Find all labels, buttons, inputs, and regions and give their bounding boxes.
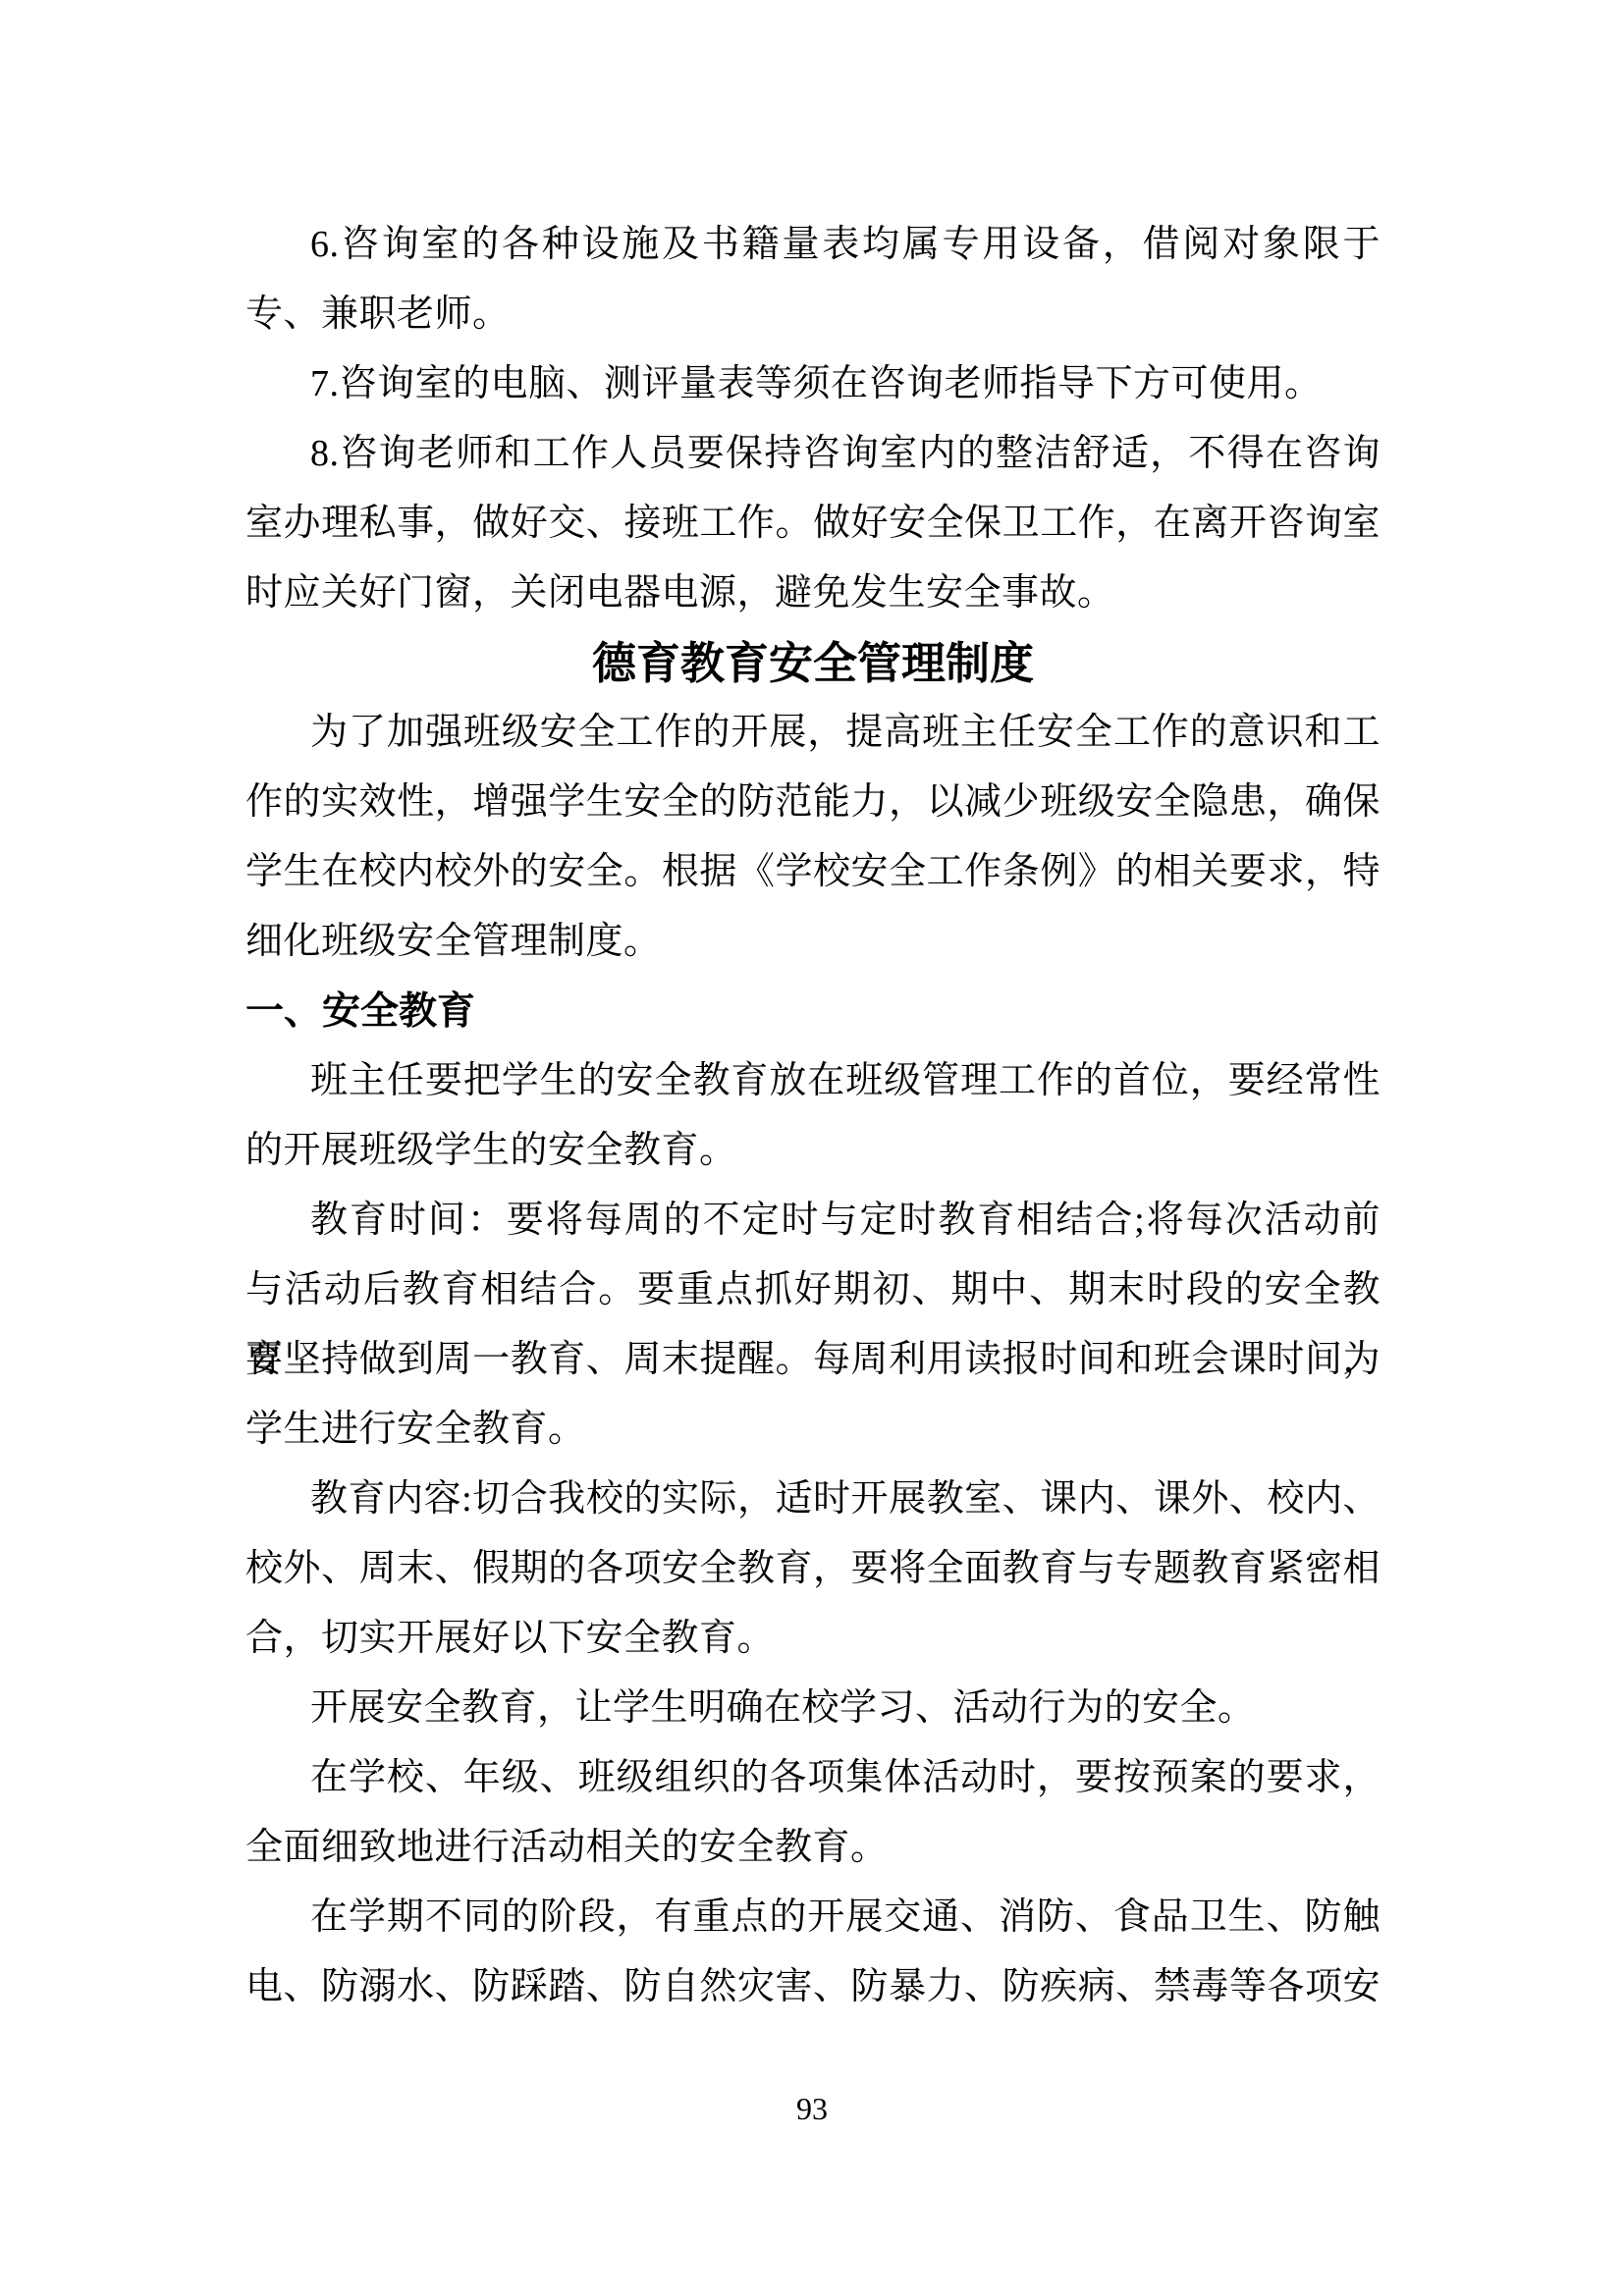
text-line: 学生进行安全教育。 [245, 1395, 1380, 1465]
text-line: 细化班级安全管理制度。 [245, 907, 1380, 977]
paragraph-safety-education-lead: 班主任要把学生的安全教育放在班级管理工作的首位，要经常性的开展班级学生的安全教育… [245, 1046, 1380, 1186]
text-line: 开展安全教育，让学生明确在校学习、活动行为的安全。 [245, 1674, 1380, 1743]
text-line: 电、防溺水、防踩踏、防自然灾害、防暴力、防疾病、禁毒等各项安 [245, 1952, 1380, 2022]
paragraph-collective-activities: 在学校、年级、班级组织的各项集体活动时，要按预案的要求，全面细致地进行活动相关的… [245, 1743, 1380, 1883]
text-line: 要坚持做到周一教育、周末提醒。每周利用读报时间和班会课时间为 [245, 1325, 1380, 1395]
paragraph-intro-paragraph: 为了加强班级安全工作的开展，提高班主任安全工作的意识和工作的实效性，增强学生安全… [245, 698, 1380, 977]
text-line: 室办理私事，做好交、接班工作。做好安全保卫工作，在离开咨询室 [245, 489, 1380, 559]
paragraph-rule-item-7: 7.咨询室的电脑、测评量表等须在咨询老师指导下方可使用。 [245, 349, 1380, 419]
text-line: 校外、周末、假期的各项安全教育，要将全面教育与专题教育紧密相 [245, 1534, 1380, 1604]
paragraph-education-time: 教育时间：要将每周的不定时与定时教育相结合;将每次活动前与活动后教育相结合。要重… [245, 1186, 1380, 1465]
paragraph-rule-item-8: 8.咨询老师和工作人员要保持咨询室内的整洁舒适，不得在咨询室办理私事，做好交、接… [245, 419, 1380, 628]
text-line: 6.咨询室的各种设施及书籍量表均属专用设备，借阅对象限于 [245, 210, 1380, 280]
paragraph-rule-item-6: 6.咨询室的各种设施及书籍量表均属专用设备，借阅对象限于专、兼职老师。 [245, 210, 1380, 349]
page-number: 93 [0, 2087, 1624, 2130]
text-line: 教育内容:切合我校的实际，适时开展教室、课内、课外、校内、 [245, 1465, 1380, 1534]
text-line: 与活动后教育相结合。要重点抓好期初、期中、期末时段的安全教育， [245, 1255, 1380, 1325]
subsection-title: 一、安全教育 [245, 977, 1380, 1046]
text-line: 合，切实开展好以下安全教育。 [245, 1604, 1380, 1674]
section-title: 德育教育安全管理制度 [245, 628, 1380, 698]
text-line: 作的实效性，增强学生安全的防范能力，以减少班级安全隐患，确保 [245, 768, 1380, 837]
document-page: 6.咨询室的各种设施及书籍量表均属专用设备，借阅对象限于专、兼职老师。7.咨询室… [0, 0, 1624, 2296]
text-line: 在学校、年级、班级组织的各项集体活动时，要按预案的要求， [245, 1743, 1380, 1813]
text-line: 教育时间：要将每周的不定时与定时教育相结合;将每次活动前 [245, 1186, 1380, 1255]
text-line: 在学期不同的阶段，有重点的开展交通、消防、食品卫生、防触 [245, 1883, 1380, 1952]
text-line: 专、兼职老师。 [245, 280, 1380, 349]
text-line: 班主任要把学生的安全教育放在班级管理工作的首位，要经常性 [245, 1046, 1380, 1116]
text-line: 为了加强班级安全工作的开展，提高班主任安全工作的意识和工 [245, 698, 1380, 768]
text-line: 时应关好门窗，关闭电器电源，避免发生安全事故。 [245, 559, 1380, 628]
paragraph-education-content: 教育内容:切合我校的实际，适时开展教室、课内、课外、校内、校外、周末、假期的各项… [245, 1465, 1380, 1674]
text-line: 全面细致地进行活动相关的安全教育。 [245, 1813, 1380, 1883]
document-body: 6.咨询室的各种设施及书籍量表均属专用设备，借阅对象限于专、兼职老师。7.咨询室… [245, 210, 1380, 2022]
paragraph-semester-stages: 在学期不同的阶段，有重点的开展交通、消防、食品卫生、防触电、防溺水、防踩踏、防自… [245, 1883, 1380, 2022]
text-line: 8.咨询老师和工作人员要保持咨询室内的整洁舒适，不得在咨询 [245, 419, 1380, 489]
text-line: 7.咨询室的电脑、测评量表等须在咨询老师指导下方可使用。 [245, 349, 1380, 419]
text-line: 学生在校内校外的安全。根据《学校安全工作条例》的相关要求，特 [245, 837, 1380, 907]
text-line: 的开展班级学生的安全教育。 [245, 1116, 1380, 1186]
paragraph-education-goal: 开展安全教育，让学生明确在校学习、活动行为的安全。 [245, 1674, 1380, 1743]
